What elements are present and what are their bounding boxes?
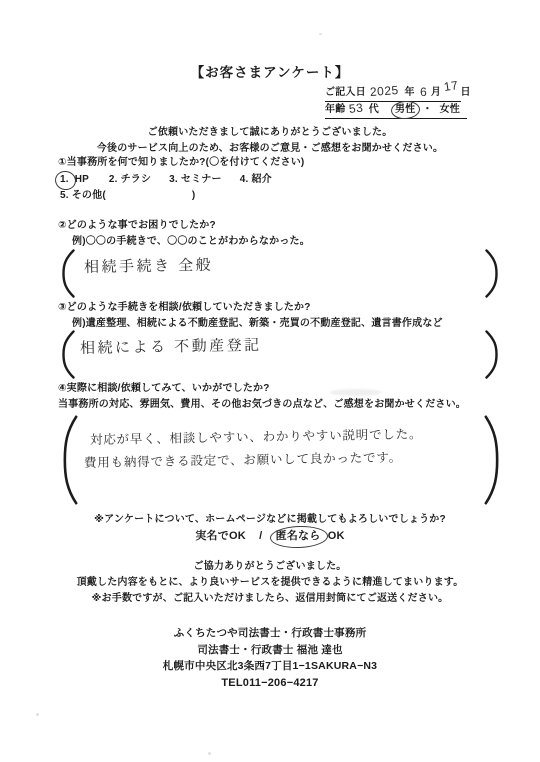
q3-question: ③どのような手続きを相談/依頼していただきましたか?	[58, 302, 311, 315]
office-name: ふくちたつや司法書士・行政書士事務所	[0, 627, 540, 640]
closing-line-1: ご協力ありがとうございました。	[0, 561, 540, 574]
fill-date-day-handwritten: 17	[443, 78, 459, 94]
q1-option-1: 1. HP	[60, 174, 92, 185]
fill-date-month-handwritten: 6	[420, 85, 427, 99]
q1-options-row: 1. HP 2. チラシ 3. セミナー 4. 紹介	[60, 174, 272, 187]
q4-question: ④実際に相談/依頼してみて、いかがでしたか?	[58, 383, 270, 396]
page-title: 【お客さまアンケート】	[0, 61, 540, 81]
q1-option-3-number: 3.	[169, 174, 178, 185]
day-unit: 日	[460, 87, 470, 100]
year-unit: 年	[405, 87, 415, 100]
consent-note: ※アンケートについて、ホームページなどに掲載してもよろしいでしょうか?	[0, 514, 540, 527]
q1-option-4-label: 紹介	[251, 174, 271, 185]
q1-option-other-close: )	[192, 190, 196, 201]
intro-line-1: ご依頼いただきまして誠にありがとうございました。	[0, 127, 540, 140]
q1-option-other: 5. その他()	[60, 190, 195, 203]
q3-answer-handwritten: 相続による 不動産登記	[80, 334, 262, 358]
month-unit: 月	[431, 87, 441, 100]
q1-option-2: 2. チラシ	[109, 174, 151, 185]
office-address: 札幌市中央区北3条西7丁目1−1SAKURA−N3	[0, 660, 540, 673]
q1-option-other-label: 5. その他(	[60, 190, 106, 201]
q1-option-3: 3. セミナー	[169, 174, 222, 185]
q1-option-1-number: 1.	[60, 174, 69, 185]
scanned-survey-document: 【お客さまアンケート】 ご記入日 2025 年 6 月 17 日 年齢 53 代…	[0, 0, 540, 762]
office-tel: TEL011−206−4217	[0, 677, 540, 691]
q1-option-4: 4. 紹介	[240, 174, 272, 185]
fill-date-label: ご記入日	[325, 87, 366, 100]
q4-answer-bracket-left	[62, 415, 79, 505]
q3-answer-bracket-left	[61, 330, 76, 379]
q2-answer-bracket-left	[61, 249, 76, 298]
q1-option-2-number: 2.	[109, 174, 118, 185]
q2-question: ②どのような事でお困りでしたか?	[58, 220, 216, 233]
fill-date-row: ご記入日 2025 年 6 月 17 日	[325, 85, 461, 102]
gender-male-option: 男性	[395, 104, 415, 117]
q3-answer-bracket-right	[484, 330, 499, 379]
q4-answer-handwritten-line-1: 対応が早く、相談しやすい、わかりやすい説明でした。	[90, 424, 423, 448]
q2-example: 例)〇〇の手続きで、〇〇のことがわからなかった。	[72, 236, 310, 249]
closing-line-2: 頂戴した内容をもとに、より良いサービスを提供できるように精進してまいります。	[0, 577, 540, 590]
q2-answer-handwritten: 相続手続き 全般	[84, 254, 214, 277]
q1-option-2-label: チラシ	[121, 174, 152, 185]
age-value-handwritten: 53	[349, 101, 365, 116]
intro-line-2: 今後のサービス向上のため、お客様のご意見・ご感想をお聞かせください。	[0, 143, 540, 156]
q2-answer-bracket-right	[484, 249, 499, 298]
q4-note: 当事務所の対応、雰囲気、費用、その他お気づきの点など、ご感想をお聞かせください。	[58, 399, 466, 412]
age-unit: 代	[369, 104, 379, 117]
q1-option-4-number: 4.	[240, 174, 249, 185]
scan-speck	[319, 33, 322, 35]
consent-choice-row: 実名でOK / 匿名なら OK	[0, 530, 540, 544]
age-gender-row: 年齢 53 代 男性 ・ 女性	[325, 102, 467, 119]
q3-example: 例)遺産整理、相続による不動産登記、新築・売買の不動産登記、遺言書作成など	[72, 318, 443, 331]
q1-option-1-label: HP	[75, 174, 89, 185]
q1-option-3-label: セミナー	[181, 174, 222, 185]
consent-anonymous-circled-text: 匿名なら	[276, 530, 321, 542]
scan-speck	[36, 713, 39, 716]
q4-answer-bracket-right	[483, 415, 500, 505]
q4-answer-handwritten-line-2: 費用も納得できる設定で、お願いして良かったです。	[84, 447, 402, 471]
consent-anonymous-option: 匿名なら OK	[276, 530, 345, 542]
office-representative: 司法書士・行政書士 福池 達也	[0, 644, 540, 657]
scan-speck	[208, 752, 211, 755]
fill-date-year-handwritten: 2025	[369, 83, 399, 99]
q1-question: ①当事務所を何で知りましたか?(〇を付けてください)	[58, 157, 304, 170]
age-label: 年齢	[325, 104, 345, 117]
gender-female-option: 女性	[440, 104, 460, 117]
closing-line-3: ※お手数ですが、ご記入いただけましたら、返信用封筒にてご返送ください。	[0, 593, 540, 606]
consent-separator: /	[259, 530, 262, 542]
gender-separator: ・	[422, 104, 432, 117]
pencil-smudge	[330, 389, 382, 396]
gender-male-label: 男性	[395, 104, 415, 115]
consent-anonymous-ok-text: OK	[328, 530, 345, 542]
consent-real-name-option: 実名でOK	[195, 530, 246, 542]
